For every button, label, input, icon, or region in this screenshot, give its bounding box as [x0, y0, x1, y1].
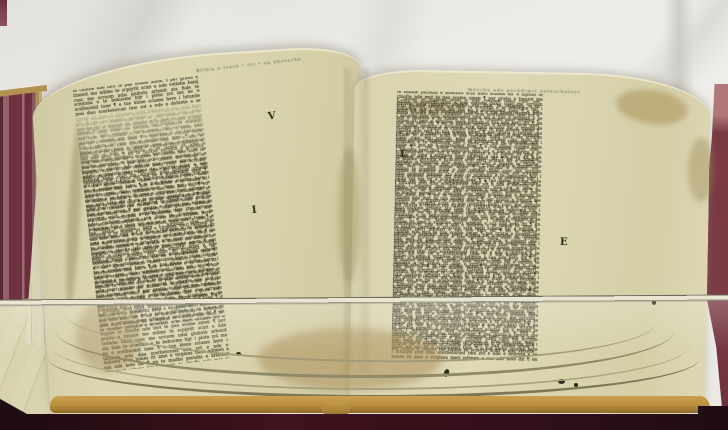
museum-book-photo: Blibla e tretë ∙ III ∙ en uheteche Mesch… — [0, 0, 728, 430]
printed-initial: E — [560, 238, 568, 248]
case-panel-sliver — [0, 0, 7, 26]
printed-initial: I — [251, 206, 257, 216]
book-cover-edge — [50, 396, 710, 413]
glass-reflection — [0, 299, 728, 356]
printed-initial: V — [267, 112, 276, 123]
display-plinth — [0, 414, 728, 430]
printed-initial: L — [400, 150, 407, 160]
